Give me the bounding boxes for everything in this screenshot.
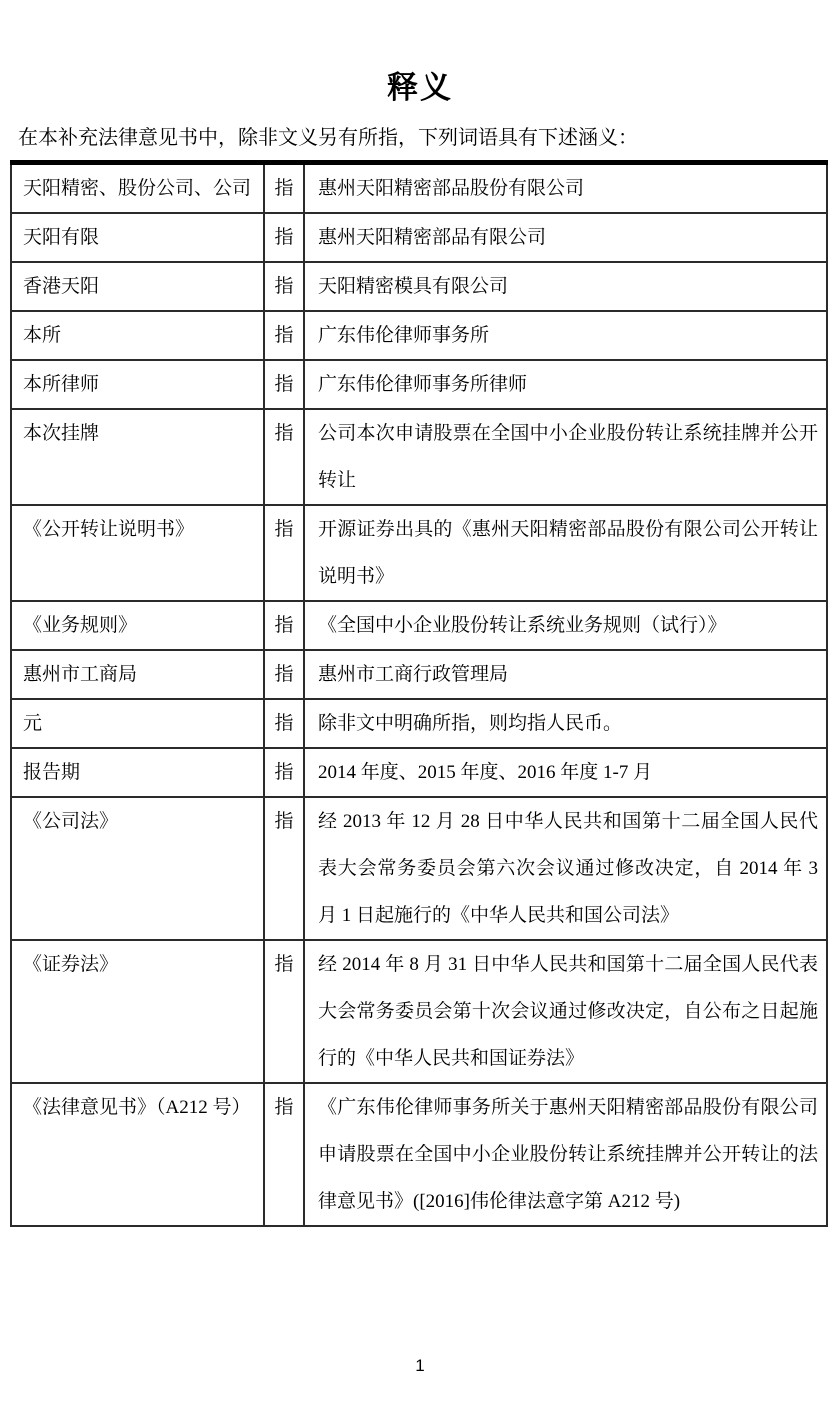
- definition-cell: 惠州天阳精密部品股份有限公司: [304, 163, 827, 214]
- definition-cell: 《全国中小企业股份转让系统业务规则（试行）》: [304, 601, 827, 650]
- document-page: 释义 在本补充法律意见书中，除非文义另有所指，下列词语具有下述涵义： 天阳精密、…: [0, 0, 840, 1412]
- term-cell: 天阳有限: [11, 213, 264, 262]
- definition-cell: 经 2013 年 12 月 28 日中华人民共和国第十二届全国人民代表大会常务委…: [304, 797, 827, 940]
- definition-cell: 经 2014 年 8 月 31 日中华人民共和国第十二届全国人民代表大会常务委员…: [304, 940, 827, 1083]
- definition-cell: 除非文中明确所指，则均指人民币。: [304, 699, 827, 748]
- ref-cell: 指: [264, 650, 304, 699]
- term-cell: 惠州市工商局: [11, 650, 264, 699]
- term-cell: 《法律意见书》（A212 号）: [11, 1083, 264, 1226]
- definition-cell: 惠州市工商行政管理局: [304, 650, 827, 699]
- term-cell: 天阳精密、股份公司、公司: [11, 163, 264, 214]
- page-title: 释义: [0, 62, 840, 107]
- table-row: 《法律意见书》（A212 号）指《广东伟伦律师事务所关于惠州天阳精密部品股份有限…: [11, 1083, 827, 1226]
- ref-cell: 指: [264, 262, 304, 311]
- ref-cell: 指: [264, 409, 304, 505]
- page-number: 1: [0, 1356, 840, 1376]
- definitions-table-body: 天阳精密、股份公司、公司指惠州天阳精密部品股份有限公司天阳有限指惠州天阳精密部品…: [11, 163, 827, 1227]
- term-cell: 《证券法》: [11, 940, 264, 1083]
- table-row: 《公开转让说明书》指开源证券出具的《惠州天阳精密部品股份有限公司公开转让说明书》: [11, 505, 827, 601]
- term-cell: 本次挂牌: [11, 409, 264, 505]
- ref-cell: 指: [264, 940, 304, 1083]
- table-row: 报告期指2014 年度、2015 年度、2016 年度 1-7 月: [11, 748, 827, 797]
- ref-cell: 指: [264, 1083, 304, 1226]
- ref-cell: 指: [264, 163, 304, 214]
- ref-cell: 指: [264, 360, 304, 409]
- ref-cell: 指: [264, 213, 304, 262]
- definition-cell: 公司本次申请股票在全国中小企业股份转让系统挂牌并公开转让: [304, 409, 827, 505]
- table-row: 天阳有限指惠州天阳精密部品有限公司: [11, 213, 827, 262]
- table-row: 本所指广东伟伦律师事务所: [11, 311, 827, 360]
- term-cell: 报告期: [11, 748, 264, 797]
- term-cell: 《公司法》: [11, 797, 264, 940]
- definition-cell: 广东伟伦律师事务所: [304, 311, 827, 360]
- ref-cell: 指: [264, 505, 304, 601]
- ref-cell: 指: [264, 748, 304, 797]
- term-cell: 本所: [11, 311, 264, 360]
- ref-cell: 指: [264, 311, 304, 360]
- definition-cell: 2014 年度、2015 年度、2016 年度 1-7 月: [304, 748, 827, 797]
- term-cell: 《业务规则》: [11, 601, 264, 650]
- term-cell: 元: [11, 699, 264, 748]
- term-cell: 本所律师: [11, 360, 264, 409]
- definition-cell: 开源证券出具的《惠州天阳精密部品股份有限公司公开转让说明书》: [304, 505, 827, 601]
- table-row: 本所律师指广东伟伦律师事务所律师: [11, 360, 827, 409]
- term-cell: 《公开转让说明书》: [11, 505, 264, 601]
- table-row: 《证券法》指经 2014 年 8 月 31 日中华人民共和国第十二届全国人民代表…: [11, 940, 827, 1083]
- ref-cell: 指: [264, 699, 304, 748]
- table-row: 《业务规则》指《全国中小企业股份转让系统业务规则（试行）》: [11, 601, 827, 650]
- table-row: 元指除非文中明确所指，则均指人民币。: [11, 699, 827, 748]
- intro-text: 在本补充法律意见书中，除非文义另有所指，下列词语具有下述涵义：: [18, 125, 828, 151]
- definition-cell: 《广东伟伦律师事务所关于惠州天阳精密部品股份有限公司申请股票在全国中小企业股份转…: [304, 1083, 827, 1226]
- table-row: 《公司法》指经 2013 年 12 月 28 日中华人民共和国第十二届全国人民代…: [11, 797, 827, 940]
- table-row: 天阳精密、股份公司、公司指惠州天阳精密部品股份有限公司: [11, 163, 827, 214]
- term-cell: 香港天阳: [11, 262, 264, 311]
- ref-cell: 指: [264, 601, 304, 650]
- definition-cell: 惠州天阳精密部品有限公司: [304, 213, 827, 262]
- table-row: 惠州市工商局指惠州市工商行政管理局: [11, 650, 827, 699]
- table-row: 香港天阳指天阳精密模具有限公司: [11, 262, 827, 311]
- ref-cell: 指: [264, 797, 304, 940]
- table-row: 本次挂牌指公司本次申请股票在全国中小企业股份转让系统挂牌并公开转让: [11, 409, 827, 505]
- definition-cell: 广东伟伦律师事务所律师: [304, 360, 827, 409]
- definition-cell: 天阳精密模具有限公司: [304, 262, 827, 311]
- definitions-table: 天阳精密、股份公司、公司指惠州天阳精密部品股份有限公司天阳有限指惠州天阳精密部品…: [10, 160, 828, 1227]
